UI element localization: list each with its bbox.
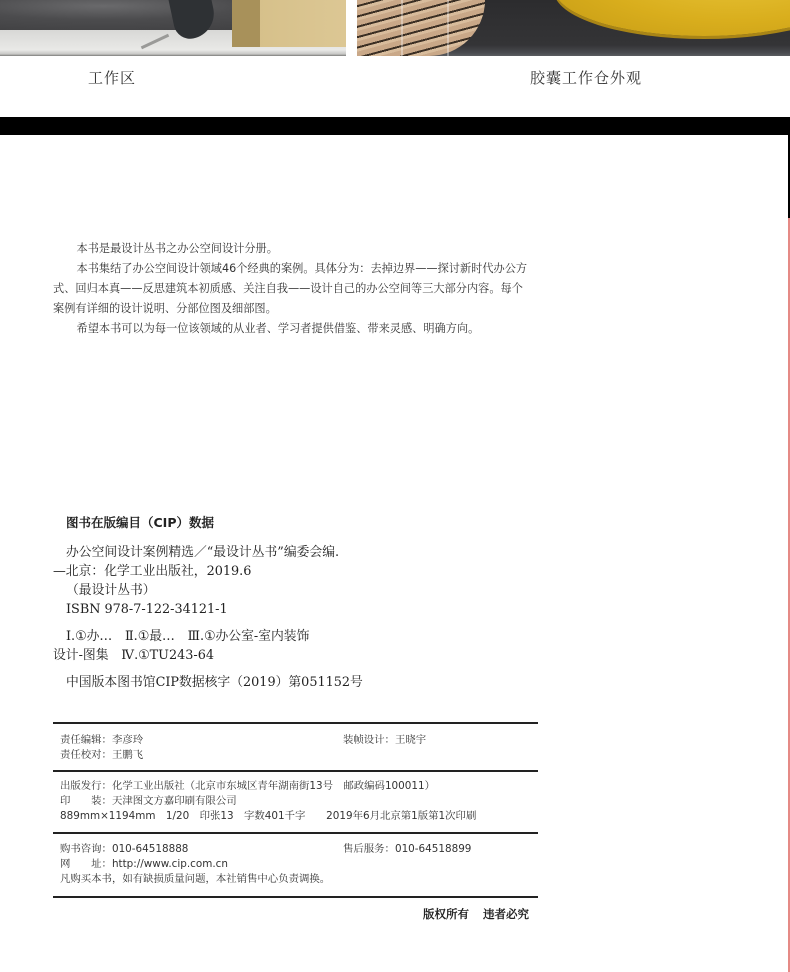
- cip-data-block: 图书在版编目（CIP）数据 办公空间设计案例精选／“最设计丛书”编委会编. —北…: [53, 513, 543, 692]
- book-description: 本书是最设计丛书之办公空间设计分册。 本书集结了办公空间设计领域46个经典的案例…: [53, 239, 533, 339]
- cip-line: —北京：化学工业出版社，2019.6: [53, 562, 543, 581]
- wood-slat-wall: [357, 0, 485, 56]
- purchase-label: 购书咨询：: [60, 843, 112, 855]
- publisher-label: 出版发行：: [60, 780, 112, 792]
- copyright-right: 违者必究: [483, 907, 529, 921]
- proofreader-label: 责任校对：: [60, 748, 112, 763]
- divider-rule: [53, 770, 538, 772]
- page-divider-bar: [0, 117, 790, 135]
- cip-classification: 设计-图集 Ⅳ.①TU243-64: [53, 646, 543, 665]
- description-paragraph: 本书集结了办公空间设计领域46个经典的案例。具体分为：去掉边界——探讨新时代办公…: [53, 259, 533, 319]
- description-paragraph: 希望本书可以为每一位该领域的从业者、学习者提供借鉴、带来灵感、明确方向。: [53, 319, 533, 339]
- capsule-pod-photo: [357, 0, 790, 56]
- photo-caption-right: 胶囊工作仓外观: [530, 67, 642, 88]
- website-link[interactable]: http://www.cip.com.cn: [112, 858, 228, 870]
- purchase-phone: 010-64518888: [112, 843, 188, 855]
- gold-cabinet: [232, 0, 346, 47]
- website-label: 网 址：: [60, 858, 112, 870]
- publishing-block: 出版发行：化学工业出版社（北京市东城区青年湖南街13号 邮政编码100011） …: [60, 779, 476, 824]
- workspace-photo: [0, 0, 346, 56]
- divider-rule: [53, 896, 538, 898]
- designer-label: 装帧设计：: [343, 734, 395, 746]
- cip-classification: Ⅰ.①办… Ⅱ.①最… Ⅲ.①办公室-室内装饰: [53, 627, 543, 646]
- cip-record-number: 中国版本图书馆CIP数据核字（2019）第051152号: [53, 673, 543, 692]
- photo-caption-left: 工作区: [88, 67, 136, 88]
- divider-rule: [53, 832, 538, 834]
- cip-line: （最设计丛书）: [53, 581, 543, 600]
- printer-value: 天津图文方嘉印刷有限公司: [112, 795, 237, 807]
- service-phone: 010-64518899: [395, 843, 471, 855]
- proofreader-name: 王鹏飞: [112, 749, 143, 761]
- quality-notice: 凡购买本书，如有缺损质量问题，本社销售中心负责调换。: [60, 873, 330, 885]
- cip-line: 办公空间设计案例精选／“最设计丛书”编委会编.: [53, 543, 543, 562]
- copyright-left: 版权所有: [423, 907, 469, 921]
- editor-name: 李彦玲: [112, 734, 143, 746]
- service-label: 售后服务：: [343, 843, 395, 855]
- print-specs: 889mm×1194mm 1/20 印张13 字数401千字 2019年6月北京…: [60, 810, 476, 822]
- credits-block: 责任编辑：李彦玲 装帧设计：王晓宇 责任校对：王鹏飞: [60, 733, 143, 763]
- cip-isbn: ISBN 978-7-122-34121-1: [53, 600, 543, 619]
- printer-label: 印 装：: [60, 795, 112, 807]
- marble-vein: [141, 34, 169, 49]
- description-paragraph: 本书是最设计丛书之办公空间设计分册。: [53, 239, 533, 259]
- yellow-pod: [554, 0, 790, 36]
- designer-name: 王晓宇: [395, 734, 426, 746]
- contact-block: 购书咨询：010-64518888 售后服务：010-64518899 网 址：…: [60, 842, 330, 887]
- publisher-value: 化学工业出版社（北京市东城区青年湖南街13号 邮政编码100011）: [112, 780, 435, 792]
- divider-rule: [53, 722, 538, 724]
- copyright-notice: 版权所有违者必究: [423, 906, 529, 922]
- editor-label: 责任编辑：: [60, 733, 112, 748]
- cip-title: 图书在版编目（CIP）数据: [66, 513, 543, 531]
- chair-shape: [167, 0, 218, 42]
